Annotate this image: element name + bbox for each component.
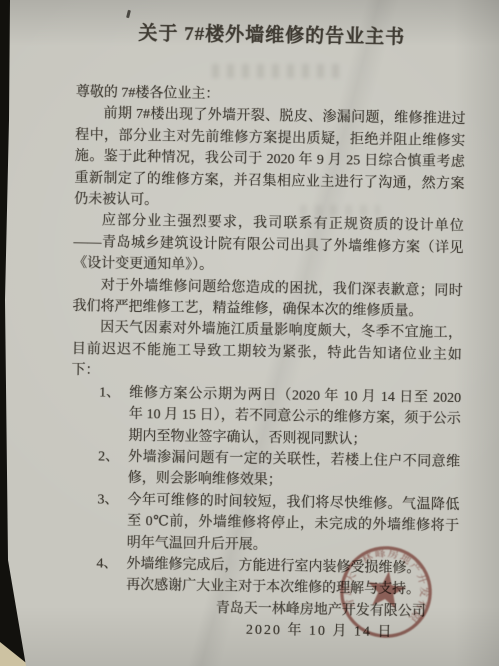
list-item: 1、 维修方案公示期为两日（2020 年 10 月 14 日至 2020 年 1…	[70, 382, 461, 452]
list-item-number: 2、	[98, 446, 129, 489]
list-item: 2、 外墙渗漏问题有一定的关联性，若楼上住户不同意维修，则会影响维修效果；	[70, 446, 461, 495]
document-photo: 关于 7#楼外墙维修的告业主书 尊敬的 7#楼各位业主： 前期 7#楼出现了外墙…	[0, 0, 499, 666]
list-item-number: 1、	[98, 382, 129, 447]
paragraph-4: 因天气因素对外墙施江质量影响度颇大，冬季不宜施工，目前迟迟不能施工导致工期较为紧…	[71, 317, 462, 387]
stamp-star-icon	[365, 568, 408, 609]
paragraph-2: 应部分业主强烈要求，我司联系有正规资质的设计单位——青岛城乡建筑设计院有限公司出…	[73, 210, 464, 280]
list-item-text: 外墙渗漏问题有一定的关联性，若楼上住户不同意维修，则会影响维修效果；	[128, 447, 461, 495]
list-item-number: 3、	[97, 489, 128, 554]
document-title: 关于 7#楼外墙维修的告业主书	[77, 20, 467, 52]
paragraph-1: 前期 7#楼出现了外墙开裂、脱皮、渗漏问题，维修推进过程中，部分业主对先前维修方…	[74, 103, 466, 216]
list-item-number: 4、	[96, 553, 126, 575]
paragraph-3: 对于外墙维修问题给您造成的困扰，我们深表歉意；同时我们将严把维修工艺，精益维修，…	[72, 275, 463, 324]
company-seal-stamp: 青岛天一林峰房地产开发有限公司	[332, 538, 440, 646]
list-item-text: 维修方案公示期为两日（2020 年 10 月 14 日至 2020 年 10 月…	[128, 383, 461, 452]
